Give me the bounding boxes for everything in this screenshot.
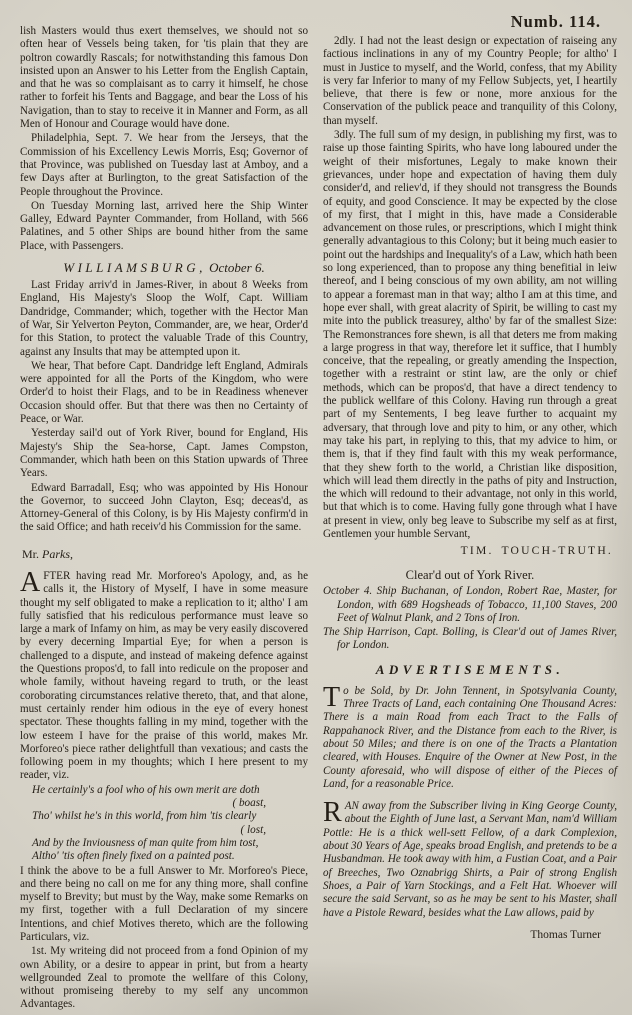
left-column: lish Masters would thus exert themselves… — [20, 12, 308, 1013]
issue-number-label: Numb. 114. — [323, 12, 617, 32]
column-layout: lish Masters would thus exert themselves… — [20, 12, 618, 1013]
williamsburg-dateline-heading: WILLIAMSBURG, October 6. — [20, 260, 308, 276]
advertisement-land-sale: To be Sold, by Dr. John Tennent, in Spot… — [323, 685, 617, 791]
paragraph-seahorse: Yesterday sail'd out of York River, boun… — [20, 427, 308, 480]
paragraph-ship-harrison: The Ship Harrison, Capt. Bolling, is Cle… — [323, 626, 617, 653]
paragraph-sloop-wolf: Last Friday arriv'd in James-River, in a… — [20, 279, 308, 359]
letter-salutation: Mr. Parks, — [22, 548, 308, 561]
signature-tim-touch-truth: TIM. TOUCH-TRUTH. — [323, 544, 613, 557]
paragraph-barradall: Edward Barradall, Esq; who was appointed… — [20, 482, 308, 535]
paragraph-philadelphia-news: Philadelphia, Sept. 7. We hear from the … — [20, 132, 308, 198]
salutation-prefix: Mr. — [22, 547, 42, 561]
williamsburg-date-label: October 6. — [206, 260, 265, 275]
poem-line: And by the Inviousness of man quite from… — [20, 837, 308, 850]
poem-line: He certainly's a fool who of his own mer… — [20, 784, 308, 797]
paragraph-ship-buchanan: October 4. Ship Buchanan, of London, Rob… — [323, 585, 617, 625]
salutation-name: Parks, — [42, 547, 73, 561]
cleared-york-river-heading: Clear'd out of York River. — [323, 568, 617, 583]
paragraph-first-particular: 1st. My writeing did not proceed from a … — [20, 945, 308, 1011]
poem-block: He certainly's a fool who of his own mer… — [20, 784, 308, 864]
williamsburg-city-label: WILLIAMSBURG, — [63, 260, 206, 275]
paragraph-third-particular: 3dly. The full sum of my design, in publ… — [323, 129, 617, 541]
poem-line-continuation: ( lost, — [20, 824, 308, 837]
newspaper-page: lish Masters would thus exert themselves… — [0, 0, 632, 1015]
right-column: Numb. 114. 2dly. I had not the least des… — [323, 12, 617, 1013]
paragraph-winter-galley: On Tuesday Morning last, arrived here th… — [20, 200, 308, 253]
advertisements-heading: ADVERTISEMENTS. — [323, 662, 617, 678]
poem-line-continuation: ( boast, — [20, 797, 308, 810]
paragraph-admirals: We hear, That before Capt. Dandridge lef… — [20, 360, 308, 426]
paragraph-second-particular: 2dly. I had not the least design or expe… — [323, 35, 617, 128]
poem-line: Altho' 'tis often finely fixed on a pain… — [20, 850, 308, 863]
paragraph-english-masters: lish Masters would thus exert themselves… — [20, 25, 308, 131]
paragraph-full-answer: I think the above to be a full Answer to… — [20, 865, 308, 945]
paragraph-after-apology: AFTER having read Mr. Morforeo's Apology… — [20, 570, 308, 783]
signature-thomas-turner: Thomas Turner — [323, 929, 617, 941]
advertisement-runaway-servant: RAN away from the Subscriber living in K… — [323, 800, 617, 920]
poem-line: Tho' whilst he's in this world, from him… — [20, 810, 308, 823]
